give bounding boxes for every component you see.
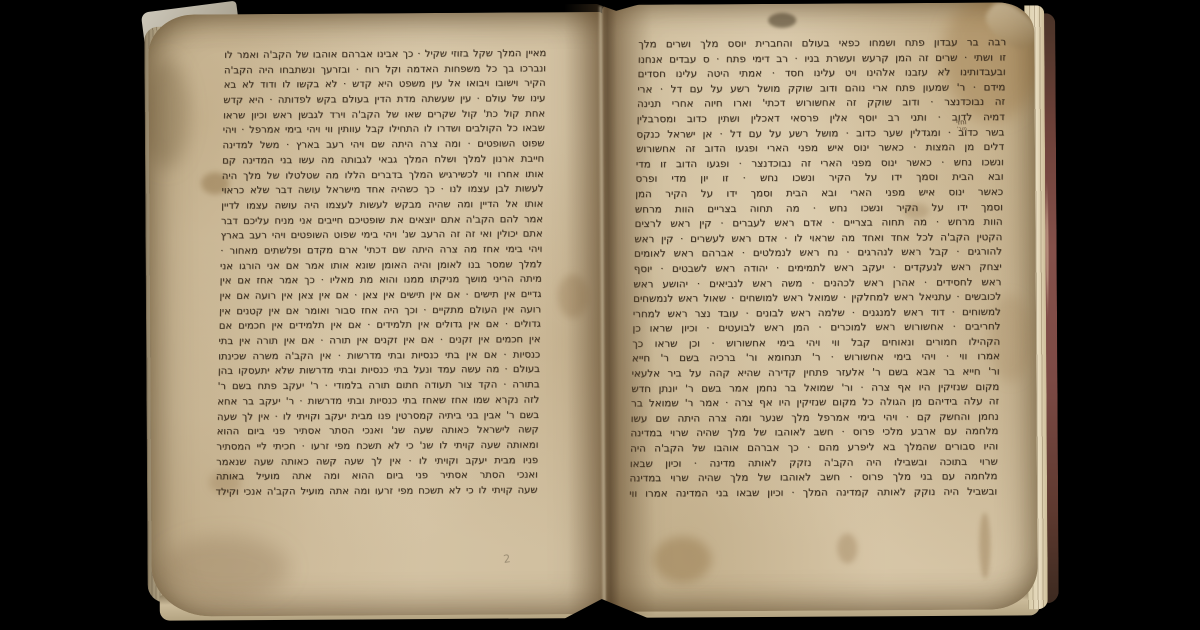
margin-note: וחזימוב' (937, 118, 968, 134)
manuscript-line: אותו אל הדיין ומה שהיה מבקש לעשות לעצמו … (221, 197, 543, 214)
margin-note-line: מוב' (937, 126, 967, 134)
manuscript-line: לזה נקרא שמו אחז שאחז בתי כנסיות ובתי מד… (217, 393, 539, 410)
stain (558, 274, 588, 318)
manuscript-line: אין חכמים אין זקנים · אם אין זקנים אין ת… (218, 333, 540, 350)
manuscript-line: רבה בר עבדון פתח ושמחו כפאי בעולם והחברי… (638, 36, 1006, 53)
right-page: רבה בר עבדון פתח ושמחו כפאי בעולם והחברי… (602, 2, 1038, 612)
pencil-folio-number: 2 (503, 552, 512, 566)
photo-background: מאיין המלך שקל בזוזי שקיל · כך אבינו אבר… (0, 0, 1200, 630)
manuscript-line: והיו סבורים שהמלך בא ליפרע מהם · כך אברה… (630, 440, 998, 457)
gutter-top-notch (586, 0, 656, 11)
stain (148, 59, 189, 169)
gutter-bottom-notch (552, 599, 664, 626)
ink-smudge (768, 13, 796, 28)
open-book: מאיין המלך שקל בזוזי שקיל · כך אבינו אבר… (0, 0, 1200, 630)
stain (653, 536, 711, 582)
left-page: מאיין המלך שקל בזוזי שקיל · כך אבינו אבר… (148, 12, 608, 617)
stain (159, 536, 289, 601)
manuscript-line: ובשביל היה נוקק לאותה קמדינה המלך · וכיו… (629, 485, 997, 502)
manuscript-line: בתורה · הקד צור תעודה חתום תורה בלמודי ·… (217, 378, 539, 395)
left-page-text: מאיין המלך שקל בזוזי שקיל · כך אבינו אבר… (215, 46, 546, 500)
manuscript-line: מאיין המלך שקל בזוזי שקיל · כך אבינו אבר… (224, 46, 546, 63)
right-page-text: רבה בר עבדון פתח ושמחו כפאי בעולם והחברי… (629, 36, 1006, 502)
manuscript-line: שפוט השופטים · ומה צרה היתה שם ויהי רעב … (222, 137, 544, 154)
stain (979, 513, 990, 579)
manuscript-line: כאשר ינוס איש מפני הארי ובא הבית וסמך יד… (635, 185, 1003, 202)
manuscript-line: עינו של עולם · עין שעשתה מדת הדין בעולם … (223, 92, 545, 109)
stain (837, 533, 857, 563)
manuscript-line: ויהי בימי אחז מה צרה היתה שם דכתי' ארם מ… (220, 242, 542, 259)
manuscript-line: ומאותה שעה קויתי לו שנ' כי לא תשכח מפי ז… (216, 438, 538, 455)
manuscript-line: שעה קויתי לו כי לא תשכח מפי זרעו ומה אתה… (215, 483, 537, 500)
manuscript-line: חייבת ארנון למלך ושלח המלך גבאי לגבותה מ… (222, 152, 544, 169)
manuscript-line: יצחק ראש לנעקדים · יעקב ראש לתמימים · יה… (633, 260, 1001, 277)
manuscript-line: גדיים אין תישים · אם אין תישים אין צאן ·… (219, 287, 541, 304)
